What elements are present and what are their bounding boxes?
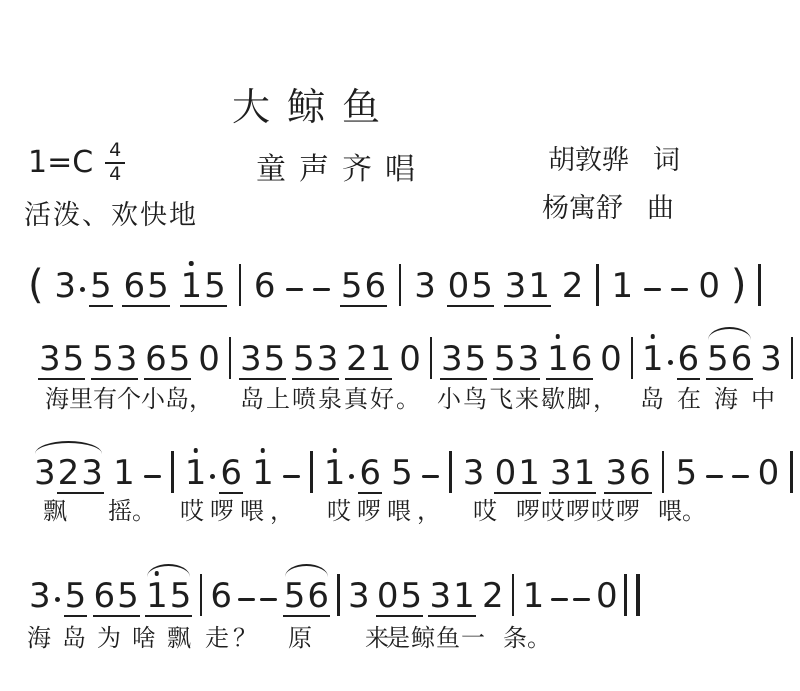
music-line-4: 35651565630531210 [28,565,640,617]
note: 1 [323,454,347,494]
note: 1 [546,340,570,380]
note: 1 [251,454,275,494]
note: 6 [358,454,382,494]
composer-name: 杨寓舒 [542,186,623,225]
barline [337,574,340,616]
duration-dash [706,475,723,478]
music-line-3: 3231161165301313650 [33,442,795,494]
duration-dash [144,475,161,478]
lyric-phrase: 走？ [205,618,261,653]
note: 5 [203,267,227,307]
beam-group: 16 [641,340,700,380]
lyric-phrase: 哎啰喂， [180,491,300,526]
note: 3 [517,340,541,380]
beam-group: 35 [38,340,85,380]
note: 3 [33,454,57,494]
note: 6 [122,267,146,307]
slur-group: 15 [145,577,192,617]
lyric-phrase: 条。 [503,618,551,653]
barline [512,574,515,616]
note: 5 [62,340,86,380]
note: 6 [93,577,117,617]
rest-note: 0 [757,454,781,494]
duration-dash [551,598,568,601]
note: 5 [263,340,287,380]
barline [430,337,433,379]
note: 5 [400,577,424,617]
beam-group: 65 [144,340,191,380]
high-octave-dot [556,334,561,339]
note: 3 [115,340,139,380]
lyric-phrase: 小鸟飞来歇脚， [437,379,619,414]
note: 3 [316,340,340,380]
barline [171,451,174,493]
note: 6 [628,454,652,494]
composer-credit: 杨寓舒 曲 [542,186,674,225]
note: 3 [504,267,528,307]
barline [790,451,793,493]
note: 5 [169,577,193,617]
note: 1 [641,340,665,380]
key-signature: 1=C 4 4 [28,140,125,186]
note: 6 [677,340,701,380]
beam-group: 05 [376,577,423,617]
note: 6 [144,340,168,380]
rest-note: 0 [376,577,400,617]
note: 3 [347,577,371,617]
high-octave-dot [193,448,198,453]
note: 3 [604,454,628,494]
note: 5 [116,577,140,617]
note: 5 [292,340,316,380]
augmentation-dot [349,474,354,479]
note: 5 [91,340,115,380]
duration-dash [573,598,590,601]
lyric-phrase: 岛在海中 [640,379,788,414]
note: 3 [440,340,464,380]
beam-group: 53 [493,340,540,380]
rest-note: 0 [398,340,422,380]
note: 1 [527,267,551,307]
note: 6 [730,340,754,380]
lyric-phrase: 哎啰喂， [327,491,447,526]
barline [449,451,452,493]
slur-group: 56 [283,577,330,617]
duration-dash [732,475,749,478]
note: 6 [363,267,387,307]
note: 1 [517,454,541,494]
note: 5 [390,454,414,494]
beam-group: 16 [323,454,382,494]
rest-note: 0 [595,577,619,617]
note: 3 [38,340,62,380]
open-paren: ( [28,265,44,307]
slur-group: 323 [33,454,104,494]
high-octave-dot [261,448,266,453]
lyrics-line-4: 海岛为啥飘走？原来是鲸鱼一条。 [0,618,800,652]
note: 5 [283,577,307,617]
note: 3 [53,267,77,307]
rest-note: 0 [447,267,471,307]
note: 5 [464,340,488,380]
note: 5 [706,340,730,380]
note: 6 [570,340,594,380]
note: 1 [145,577,169,617]
lyric-phrase: 是鲸鱼一 [386,618,486,653]
beam-group: 05 [447,267,494,307]
lyric-phrase: 飘 [43,491,67,526]
rest-note: 0 [697,267,721,307]
note: 1 [184,454,208,494]
barline [596,264,599,306]
note: 3 [239,340,263,380]
tempo-marking: 活泼、欢快地 [24,193,198,232]
note: 3 [549,454,573,494]
beam-group: 36 [604,454,651,494]
beam-group: 31 [549,454,596,494]
note: 2 [561,267,585,307]
beam-group: 21 [345,340,392,380]
sheet-music-page: 大鲸鱼 1=C 4 4 童声齐唱 胡敦骅 词 杨寓舒 曲 活泼、欢快地 (356… [0,0,800,691]
high-octave-dot [332,448,337,453]
duration-dash [422,475,439,478]
duration-dash [283,475,300,478]
beam-group: 56 [340,267,387,307]
barline [310,451,313,493]
beam-group: 53 [91,340,138,380]
duration-dash [286,288,303,291]
augmentation-dot [55,597,60,602]
note: 1 [369,340,393,380]
duration-dash [313,288,330,291]
note: 5 [146,267,170,307]
lyricist-role: 词 [653,138,680,177]
note: 3 [428,577,452,617]
note: 5 [340,267,364,307]
note: 3 [462,454,486,494]
lyric-phrase: 海里有个小岛， [45,379,213,414]
note: 5 [64,577,88,617]
note: 1 [180,267,204,307]
barline [399,264,402,306]
barline [791,337,794,379]
ensemble-label: 童声齐唱 [256,144,428,188]
barline [229,337,232,379]
rest-note: 0 [197,340,221,380]
music-line-1: (35651565630531210) [28,255,763,307]
lyric-phrase: 岛上喷泉真好。 [240,379,422,414]
beam-group: 65 [122,267,169,307]
barline [631,337,634,379]
note: 2 [57,454,81,494]
barline [662,451,665,493]
note: 6 [219,454,243,494]
slur-group: 56 [706,340,753,380]
duration-dash [671,288,688,291]
beam-group: 53 [292,340,339,380]
note: 5 [89,267,113,307]
beam-group: 65 [93,577,140,617]
duration-dash [238,598,255,601]
high-octave-dot [650,334,655,339]
barline [200,574,203,616]
composer-role: 曲 [647,186,674,225]
beam-group: 35 [239,340,286,380]
lyricist-name: 胡敦骅 [548,138,629,177]
beam-group: 31 [504,267,551,307]
barline [758,264,761,306]
tonality: 1=C [28,145,93,180]
note: 6 [306,577,330,617]
note: 3 [28,577,52,617]
lyric-phrase: 海岛为啥飘 [27,618,202,653]
beam-group: 31 [428,577,475,617]
duration-dash [260,598,277,601]
rest-note: 0 [494,454,518,494]
augmentation-dot [210,474,215,479]
time-signature: 4 4 [105,140,125,186]
note: 1 [112,454,136,494]
note: 5 [470,267,494,307]
barline [239,264,242,306]
note: 6 [253,267,277,307]
music-line-2: 35536503553210355316016563 [38,328,795,380]
high-octave-dot [189,261,194,266]
lyric-phrase: 摇。 [108,491,156,526]
beam-group: 16 [546,340,593,380]
lyrics-line-2: 海里有个小岛，岛上喷泉真好。小鸟飞来歇脚，岛在海中 [0,379,800,413]
note: 1 [610,267,634,307]
high-octave-dot [155,571,160,576]
note: 2 [481,577,505,617]
note: 1 [573,454,597,494]
close-paren: ) [731,265,747,307]
lyric-phrase: 啰哎啰哎啰 [516,491,641,526]
meter-denominator: 4 [109,164,121,186]
lyrics-line-3: 飘摇。哎啰喂，哎啰喂，哎啰哎啰哎啰喂。 [0,491,800,525]
song-title: 大鲸鱼 [232,76,397,131]
note: 1 [522,577,546,617]
note: 3 [759,340,783,380]
beam-group: 16 [184,454,243,494]
note: 5 [675,454,699,494]
lyric-phrase: 原 [288,618,312,653]
meter-numerator: 4 [105,140,125,164]
lyricist-credit: 胡敦骅 词 [548,138,680,177]
augmentation-dot [80,287,85,292]
augmentation-dot [668,360,673,365]
note: 1 [452,577,476,617]
beam-group: 15 [180,267,227,307]
beam-group: 01 [494,454,541,494]
lyric-phrase: 喂。 [658,491,706,526]
final-barline [624,574,640,616]
note: 6 [209,577,233,617]
rest-note: 0 [599,340,623,380]
note: 5 [493,340,517,380]
note: 3 [80,454,104,494]
note: 3 [413,267,437,307]
note: 5 [168,340,192,380]
beam-group: 35 [53,267,112,307]
beam-group: 35 [440,340,487,380]
duration-dash [644,288,661,291]
lyric-phrase: 哎 [473,491,497,526]
beam-group: 35 [28,577,87,617]
note: 2 [345,340,369,380]
